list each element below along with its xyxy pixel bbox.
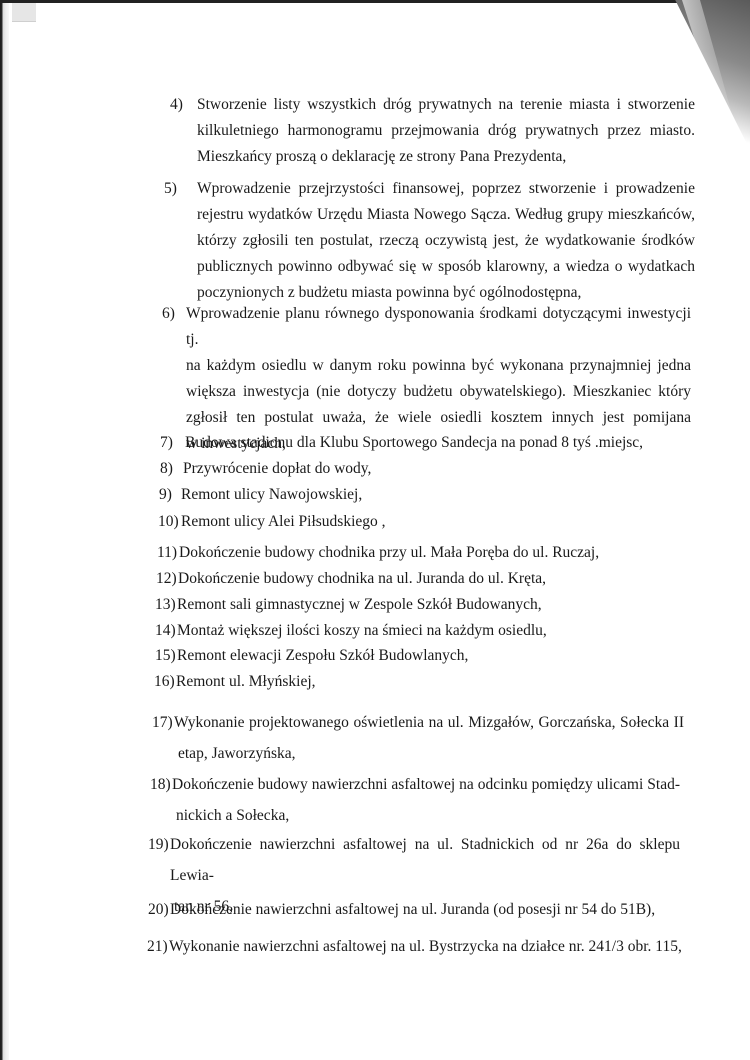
list-item-line: Mieszkańcy proszą o deklarację ze strony… bbox=[197, 144, 695, 170]
list-item-line: Remont elewacji Zespołu Szkół Budowlanyc… bbox=[177, 643, 697, 669]
list-item-line: zgłosił ten postulat uważa, że wiele osi… bbox=[186, 405, 691, 431]
list-item-number: 7) bbox=[160, 430, 173, 456]
list-item-line: większa inwestycja (nie dotyczy budżetu … bbox=[186, 379, 691, 405]
list-item-number: 13) bbox=[155, 592, 176, 618]
list-item-number: 5) bbox=[164, 176, 177, 202]
list-item-line: Remont sali gimnastycznej w Zespole Szkó… bbox=[177, 592, 697, 618]
list-item: 5)Wprowadzenie przejrzystości finansowej… bbox=[164, 176, 695, 306]
list-item-line: rejestru wydatków Urzędu Miasta Nowego S… bbox=[197, 202, 695, 228]
list-item: 4)Stworzenie listy wszystkich dróg prywa… bbox=[170, 92, 695, 170]
list-item-line: Wykonanie projektowanego oświetlenia na … bbox=[174, 707, 684, 738]
list-item: 18)Dokończenie budowy nawierzchni asfalt… bbox=[150, 769, 680, 831]
list-item: 15)Remont elewacji Zespołu Szkół Budowla… bbox=[155, 643, 697, 669]
list-item: 14)Montaż większej ilości koszy na śmiec… bbox=[155, 618, 697, 644]
list-item: 10)Remont ulicy Alei Piłsudskiego , bbox=[158, 509, 701, 535]
list-item-line: Dokończenie budowy chodnika przy ul. Mał… bbox=[179, 540, 699, 566]
list-item: 16)Remont ul. Młyńskiej, bbox=[154, 669, 696, 695]
list-item: 20)Dokończenie nawierzchni asfaltowej na… bbox=[148, 897, 690, 923]
list-item-number: 18) bbox=[150, 769, 171, 800]
list-item-line: etap, Jaworzyńska, bbox=[174, 738, 684, 769]
list-item-number: 15) bbox=[155, 643, 176, 669]
list-item-number: 9) bbox=[159, 482, 172, 508]
list-item: 21)Wykonanie nawierzchni asfaltowej na u… bbox=[147, 934, 699, 960]
list-item-line: na każdym osiedlu w danym roku powinna b… bbox=[186, 353, 691, 379]
list-item-line: Wprowadzenie planu równego dysponowania … bbox=[186, 301, 691, 353]
list-item: 11)Dokończenie budowy chodnika przy ul. … bbox=[157, 540, 699, 566]
list-item-number: 19) bbox=[148, 829, 169, 860]
list-item-number: 12) bbox=[156, 566, 177, 592]
list-item-line: Remont ulicy Alei Piłsudskiego , bbox=[181, 509, 701, 535]
list-item-number: 21) bbox=[147, 934, 168, 960]
list-item-line: Przywrócenie dopłat do wody, bbox=[183, 456, 703, 482]
list-item-number: 6) bbox=[162, 301, 175, 327]
document-page: 4)Stworzenie listy wszystkich dróg prywa… bbox=[0, 0, 750, 1060]
list-item: 9)Remont ulicy Nawojowskiej, bbox=[159, 482, 701, 508]
list-item-number: 16) bbox=[154, 669, 175, 695]
list-item: 17)Wykonanie projektowanego oświetlenia … bbox=[152, 707, 684, 769]
list-item-line: Montaż większej ilości koszy na śmieci n… bbox=[177, 618, 697, 644]
list-item-number: 4) bbox=[170, 92, 183, 118]
list-item: 12)Dokończenie budowy chodnika na ul. Ju… bbox=[156, 566, 698, 592]
list-item-line: Dokończenie budowy chodnika na ul. Juran… bbox=[178, 566, 698, 592]
list-item-line: Budowa stadionu dla Klubu Sportowego San… bbox=[185, 430, 705, 456]
list-item-line: Wprowadzenie przejrzystości finansowej, … bbox=[197, 176, 695, 202]
list-item-number: 10) bbox=[158, 509, 179, 535]
list-item-line: Dokończenie nawierzchni asfaltowej na ul… bbox=[170, 897, 690, 923]
list-item-line: Remont ul. Młyńskiej, bbox=[176, 669, 696, 695]
list-item-number: 8) bbox=[160, 456, 173, 482]
list-item-line: kilkuletniego harmonogramu przejmowania … bbox=[197, 118, 695, 144]
list-item-number: 14) bbox=[155, 618, 176, 644]
list-item-number: 20) bbox=[148, 897, 169, 923]
list-item-line: nickich a Sołecka, bbox=[172, 800, 680, 831]
list-item: 13)Remont sali gimnastycznej w Zespole S… bbox=[155, 592, 697, 618]
list-item-line: Dokończenie budowy nawierzchni asfaltowe… bbox=[172, 769, 680, 800]
list-item-line: Wykonanie nawierzchni asfaltowej na ul. … bbox=[169, 934, 699, 960]
list-item-line: Stworzenie listy wszystkich dróg prywatn… bbox=[197, 92, 695, 118]
list-item: 7)Budowa stadionu dla Klubu Sportowego S… bbox=[160, 430, 705, 456]
list-item-line: którzy zgłosili ten postulat, rzeczą ocz… bbox=[197, 228, 695, 254]
list-item-line: publicznych powinno odbywać się w sposób… bbox=[197, 254, 695, 280]
list-item-number: 11) bbox=[157, 540, 177, 566]
list-item: 8)Przywrócenie dopłat do wody, bbox=[160, 456, 703, 482]
list-item-number: 17) bbox=[152, 707, 173, 738]
list-item-line: Remont ulicy Nawojowskiej, bbox=[181, 482, 701, 508]
list-item-line: Dokończenie nawierzchni asfaltowej na ul… bbox=[170, 829, 680, 891]
